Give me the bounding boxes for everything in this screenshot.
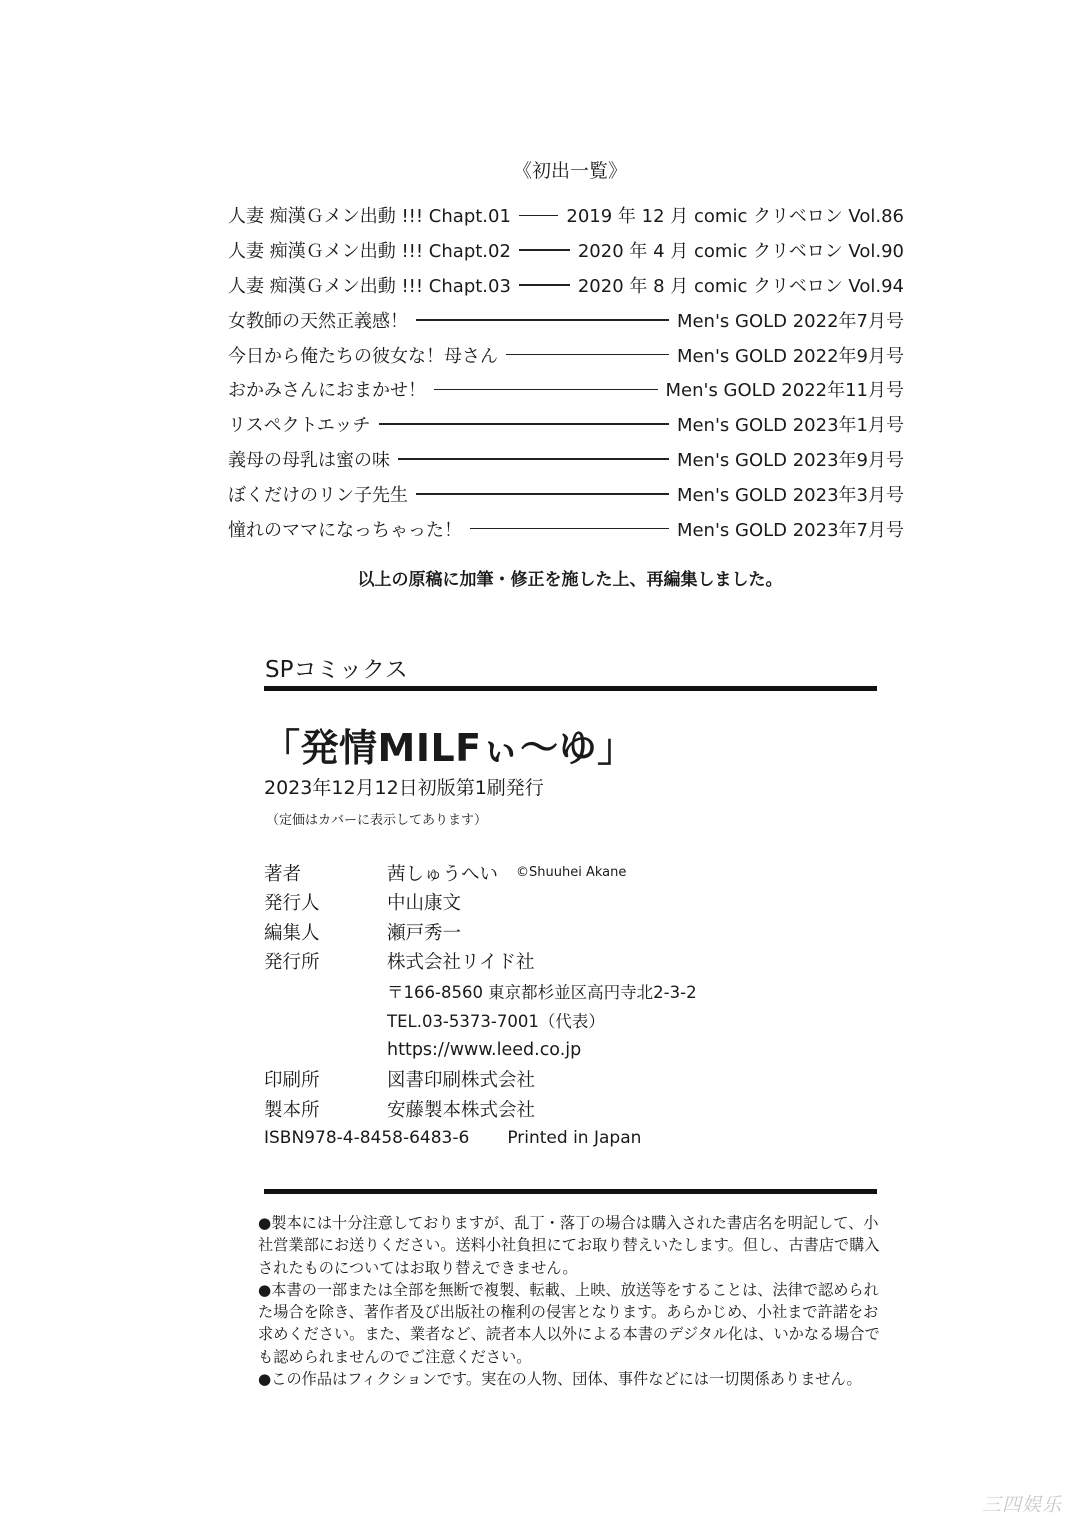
- story-title: おかみさんにおまかせ！: [228, 376, 426, 402]
- series-name: SPコミックス: [265, 651, 408, 684]
- story-title: 女教師の天然正義感！: [228, 307, 408, 333]
- story-title: 人妻 痴漢Ｇメン出動 !!! Chapt.01: [228, 202, 511, 228]
- bottom-divider: [264, 1189, 877, 1194]
- credit-value: TEL.03-5373-7001（代表）: [387, 1008, 605, 1032]
- top-divider: [264, 686, 877, 691]
- story-source: Men's GOLD 2022年7月号: [677, 307, 904, 333]
- leader-line: [506, 354, 669, 356]
- leader-line: [398, 458, 669, 460]
- credit-printer: 印刷所 図書印刷株式会社: [264, 1065, 697, 1095]
- credits-list: 著者 茜しゅうへい ©Shuuhei Akane 発行人 中山康文 編集人 瀬戸…: [264, 858, 697, 1153]
- list-item: 人妻 痴漢Ｇメン出動 !!! Chapt.03 2020 年 8 月 comic…: [228, 268, 904, 303]
- story-title: 義母の母乳は蜜の味: [228, 446, 390, 472]
- credit-value: 図書印刷株式会社: [387, 1066, 535, 1092]
- leader-line: [519, 249, 570, 251]
- credit-label: 印刷所: [264, 1066, 387, 1092]
- story-source: Men's GOLD 2023年1月号: [677, 411, 904, 437]
- story-source: Men's GOLD 2023年9月号: [677, 446, 904, 472]
- list-item: 女教師の天然正義感！ Men's GOLD 2022年7月号: [228, 302, 904, 337]
- list-item: 人妻 痴漢Ｇメン出動 !!! Chapt.02 2020 年 4 月 comic…: [228, 233, 904, 268]
- credit-binder: 製本所 安藤製本株式会社: [264, 1094, 697, 1124]
- first-appearance-heading: 《初出一覧》: [0, 156, 1080, 183]
- first-appearance-list: 人妻 痴漢Ｇメン出動 !!! Chapt.01 2019 年 12 月 comi…: [228, 198, 904, 546]
- credit-label: 編集人: [264, 919, 387, 945]
- notice-copyright: ●本書の一部または全部を無断で複製、転載、上映、放送等をすることは、法律で認めら…: [258, 1279, 888, 1368]
- watermark: 三四娱乐: [982, 1490, 1062, 1517]
- story-source: Men's GOLD 2022年11月号: [666, 376, 905, 402]
- story-title: 憧れのママになっちゃった！: [228, 516, 462, 542]
- leader-line: [470, 528, 669, 530]
- credit-value: 中山康文: [387, 889, 461, 915]
- credit-label: 製本所: [264, 1096, 387, 1122]
- story-source: 2020 年 8 月 comic クリベロン Vol.94: [578, 272, 904, 298]
- notice-fiction: ●この作品はフィクションです。実在の人物、団体、事件などには一切関係ありません。: [258, 1368, 888, 1390]
- credit-publishing-house: 発行所 株式会社リイド社: [264, 947, 697, 977]
- credit-value: 瀬戸秀一: [387, 919, 461, 945]
- book-title: 「発情MILFぃ〜ゆ」: [262, 717, 636, 772]
- price-note: （定価はカバーに表示してあります）: [266, 809, 487, 828]
- story-source: Men's GOLD 2022年9月号: [677, 342, 904, 368]
- story-title: リスペクトエッチ: [228, 411, 371, 437]
- leader-line: [416, 493, 669, 495]
- list-item: おかみさんにおまかせ！ Men's GOLD 2022年11月号: [228, 372, 904, 407]
- credit-phone: TEL.03-5373-7001（代表）: [264, 1006, 697, 1036]
- credit-editor: 編集人 瀬戸秀一: [264, 917, 697, 947]
- credit-label: 著者: [264, 860, 387, 886]
- list-item: リスペクトエッチ Men's GOLD 2023年1月号: [228, 407, 904, 442]
- credit-label: 発行人: [264, 889, 387, 915]
- notice-defects: ●製本には十分注意しておりますが、乱丁・落丁の場合は購入された書店名を明記して、…: [258, 1212, 888, 1279]
- story-title: 人妻 痴漢Ｇメン出動 !!! Chapt.02: [228, 237, 511, 263]
- isbn: ISBN978-4-8458-6483-6: [264, 1128, 469, 1148]
- credit-address: 〒166-8560 東京都杉並区高円寺北2-3-2: [264, 976, 697, 1006]
- credit-value: 〒166-8560 東京都杉並区高円寺北2-3-2: [387, 979, 697, 1003]
- credit-value: 茜しゅうへい: [387, 860, 498, 886]
- printed-in: Printed in Japan: [507, 1128, 641, 1148]
- list-item: 憧れのママになっちゃった！ Men's GOLD 2023年7月号: [228, 511, 904, 546]
- credit-website: https://www.leed.co.jp: [264, 1035, 697, 1065]
- website-link[interactable]: https://www.leed.co.jp: [387, 1040, 581, 1060]
- copyright-notice: ©Shuuhei Akane: [516, 865, 626, 880]
- credit-value: 安藤製本株式会社: [387, 1096, 535, 1122]
- edition-date: 2023年12月12日初版第1刷発行: [264, 773, 544, 800]
- credit-label: 発行所: [264, 948, 387, 974]
- credit-publisher: 発行人 中山康文: [264, 888, 697, 918]
- credit-value: 株式会社リイド社: [387, 948, 534, 974]
- story-source: Men's GOLD 2023年3月号: [677, 481, 904, 507]
- leader-line: [434, 389, 658, 391]
- story-source: Men's GOLD 2023年7月号: [677, 516, 904, 542]
- leader-line: [416, 319, 669, 321]
- leader-line: [519, 284, 570, 286]
- isbn-row: ISBN978-4-8458-6483-6 Printed in Japan: [264, 1124, 697, 1153]
- leader-line: [519, 215, 558, 217]
- list-item: ぼくだけのリン子先生 Men's GOLD 2023年3月号: [228, 476, 904, 511]
- story-title: 人妻 痴漢Ｇメン出動 !!! Chapt.03: [228, 272, 511, 298]
- legal-notices: ●製本には十分注意しておりますが、乱丁・落丁の場合は購入された書店名を明記して、…: [258, 1212, 888, 1390]
- revision-note: 以上の原稿に加筆・修正を施した上、再編集しました。: [0, 565, 1080, 590]
- credit-author: 著者 茜しゅうへい ©Shuuhei Akane: [264, 858, 697, 888]
- list-item: 今日から俺たちの彼女な！母さん Men's GOLD 2022年9月号: [228, 337, 904, 372]
- list-item: 人妻 痴漢Ｇメン出動 !!! Chapt.01 2019 年 12 月 comi…: [228, 198, 904, 233]
- story-title: 今日から俺たちの彼女な！母さん: [228, 342, 498, 368]
- story-source: 2020 年 4 月 comic クリベロン Vol.90: [578, 237, 904, 263]
- story-title: ぼくだけのリン子先生: [228, 481, 408, 507]
- story-source: 2019 年 12 月 comic クリベロン Vol.86: [566, 202, 904, 228]
- list-item: 義母の母乳は蜜の味 Men's GOLD 2023年9月号: [228, 442, 904, 477]
- leader-line: [379, 423, 669, 425]
